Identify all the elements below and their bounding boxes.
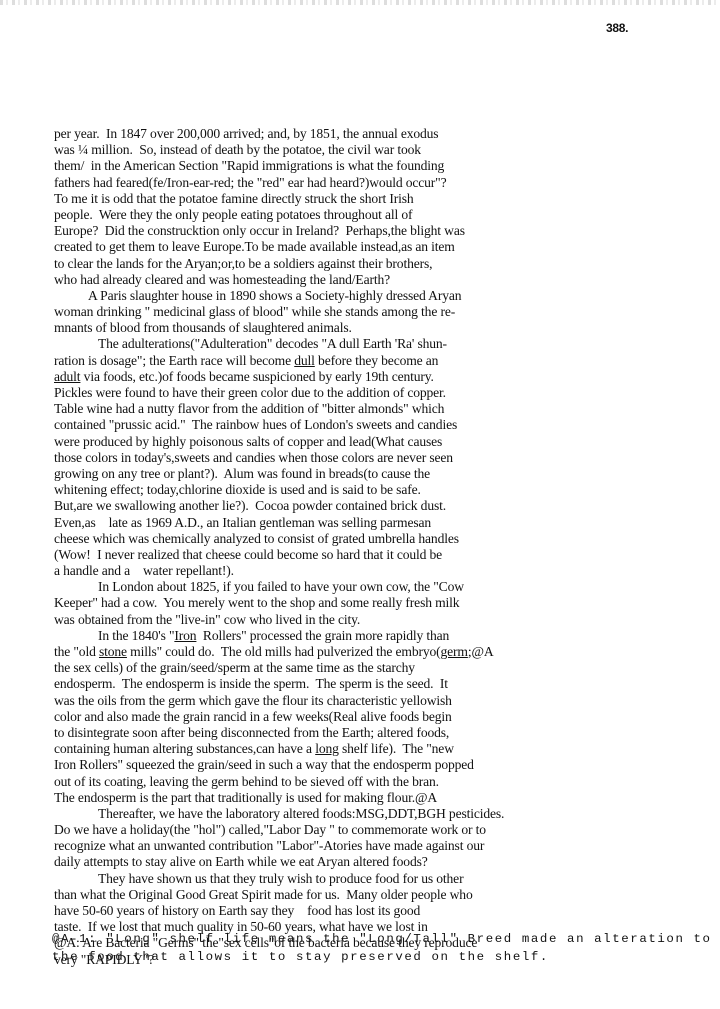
body-line: per year. In 1847 over 200,000 arrived; …: [54, 126, 718, 142]
body-line: those colors in today's,sweets and candi…: [54, 450, 718, 466]
body-line: daily attempts to stay alive on Earth wh…: [54, 854, 718, 870]
body-line: color and also made the grain rancid in …: [54, 709, 718, 725]
body-line: contained "prussic acid." The rainbow hu…: [54, 417, 718, 433]
body-line: were produced by highly poisonous salts …: [54, 434, 718, 450]
body-line: have 50-60 years of history on Earth say…: [54, 903, 718, 919]
body-line: a handle and a water repellant!).: [54, 563, 718, 579]
body-line: They have shown us that they truly wish …: [54, 871, 718, 887]
footnote-line: @A-1: "Long" shelf life means the "Long/…: [52, 930, 720, 948]
body-line: to disintegrate soon after being disconn…: [54, 725, 718, 741]
body-line: The adulterations("Adulteration" decodes…: [54, 336, 718, 352]
scan-artifact-top-edge: [0, 0, 720, 5]
body-line: than what the Original Good Great Spirit…: [54, 887, 718, 903]
body-line: ration is dosage"; the Earth race will b…: [54, 353, 718, 369]
body-line: growing on any tree or plant?). Alum was…: [54, 466, 718, 482]
body-line: fathers had feared(fe/Iron-ear-red; the …: [54, 175, 718, 191]
body-line: A Paris slaughter house in 1890 shows a …: [54, 288, 718, 304]
page-number: 388.: [606, 21, 628, 35]
body-line: the "old stone mills" could do. The old …: [54, 644, 718, 660]
body-line: In London about 1825, if you failed to h…: [54, 579, 718, 595]
body-line: the sex cells) of the grain/seed/sperm a…: [54, 660, 718, 676]
body-line: But,are we swallowing another lie?). Coc…: [54, 498, 718, 514]
body-line: Europe? Did the construcktion only occur…: [54, 223, 718, 239]
body-line: was obtained from the "live-in" cow who …: [54, 612, 718, 628]
body-line: Iron Rollers" squeezed the grain/seed in…: [54, 757, 718, 773]
body-line: containing human altering substances,can…: [54, 741, 718, 757]
body-line: them/ in the American Section "Rapid imm…: [54, 158, 718, 174]
body-line: out of its coating, leaving the germ beh…: [54, 774, 718, 790]
body-line: woman drinking " medicinal glass of bloo…: [54, 304, 718, 320]
footnote: @A-1: "Long" shelf life means the "Long/…: [52, 930, 720, 966]
body-line: endosperm. The endosperm is inside the s…: [54, 676, 718, 692]
body-line: To me it is odd that the potatoe famine …: [54, 191, 718, 207]
body-line: created to get them to leave Europe.To b…: [54, 239, 718, 255]
body-line: Even,as late as 1969 A.D., an Italian ge…: [54, 515, 718, 531]
body-line: The endosperm is the part that tradition…: [54, 790, 718, 806]
body-line: mnants of blood from thousands of slaugh…: [54, 320, 718, 336]
body-line: was the oils from the germ which gave th…: [54, 693, 718, 709]
body-line: Table wine had a nutty flavor from the a…: [54, 401, 718, 417]
body-text: per year. In 1847 over 200,000 arrived; …: [54, 126, 718, 968]
body-line: who had already cleared and was homestea…: [54, 272, 718, 288]
body-line: whitening effect; today,chlorine dioxide…: [54, 482, 718, 498]
body-line: recognize what an unwanted contribution …: [54, 838, 718, 854]
body-line: In the 1840's "Iron Rollers" processed t…: [54, 628, 718, 644]
body-line: cheese which was chemically analyzed to …: [54, 531, 718, 547]
footnote-line: the food that allows it to stay preserve…: [52, 948, 720, 966]
body-line: to clear the lands for the Aryan;or,to b…: [54, 256, 718, 272]
body-line: Keeper" had a cow. You merely went to th…: [54, 595, 718, 611]
body-line: Pickles were found to have their green c…: [54, 385, 718, 401]
body-line: people. Were they the only people eating…: [54, 207, 718, 223]
body-line: Do we have a holiday(the "hol") called,"…: [54, 822, 718, 838]
body-line: adult via foods, etc.)of foods became su…: [54, 369, 718, 385]
body-line: Thereafter, we have the laboratory alter…: [54, 806, 718, 822]
body-line: was ¼ million. So, instead of death by t…: [54, 142, 718, 158]
body-line: (Wow! I never realized that cheese could…: [54, 547, 718, 563]
